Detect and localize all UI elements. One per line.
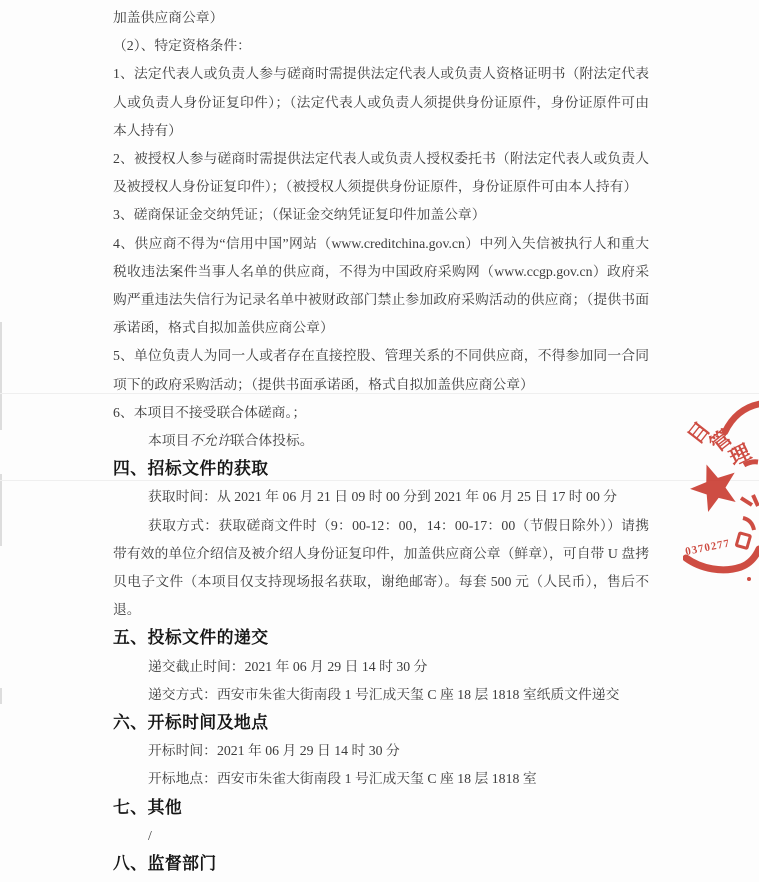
para-item-3-deposit-receipt: 3、磋商保证金交纳凭证；（保证金交纳凭证复印件加盖公章） — [113, 201, 649, 229]
para-seal-note-continuation: 加盖供应商公章） — [113, 4, 649, 32]
section-heading-4-document-acquisition: 四、招标文件的获取 — [113, 455, 649, 483]
section-heading-5-bid-submission: 五、投标文件的递交 — [113, 624, 649, 652]
joint-note-prefix: 本项目 — [148, 433, 189, 448]
para-item-2-authorized-person: 2、被授权人参与磋商时需提供法定代表人或负责人授权委托书（附法定代表人或负责人及… — [113, 145, 649, 201]
scan-edge-artifact — [0, 322, 2, 430]
scan-edge-artifact — [0, 688, 2, 704]
company-seal-stamp: 目 管 理 0370277 — [683, 400, 759, 585]
para-acquisition-method: 获取方式：获取磋商文件时（9：00-12：00，14：00-17：00（节假日除… — [113, 512, 649, 625]
para-item-6-no-consortium: 6、本项目不接受联合体磋商。； — [113, 399, 649, 427]
para-item-5-same-responsible-person: 5、单位负责人为同一人或者存在直接控股、管理关系的不同供应商，不得参加同一合同项… — [113, 342, 649, 398]
seal-partial-glyph — [744, 462, 758, 465]
seal-partial-glyph — [736, 533, 750, 549]
section-heading-6-bid-opening: 六、开标时间及地点 — [113, 709, 649, 737]
para-opening-time: 开标时间：2021 年 06 月 29 日 14 时 30 分 — [113, 737, 649, 765]
para-acquisition-time: 获取时间：从 2021 年 06 月 21 日 09 时 00 分到 2021 … — [113, 483, 649, 511]
joint-note-suffix: 联合体投标。 — [231, 433, 314, 448]
para-submission-deadline: 递交截止时间：2021 年 06 月 29 日 14 时 30 分 — [113, 653, 649, 681]
section-heading-7-other: 七、其他 — [113, 794, 649, 822]
para-item-1-legal-representative: 1、法定代表人或负责人参与磋商时需提供法定代表人或负责人资格证明书（附法定代表人… — [113, 60, 649, 145]
para-other-content: / — [113, 822, 649, 850]
scan-edge-artifact — [0, 474, 2, 546]
seal-ink-dot — [747, 577, 751, 581]
para-item-4-credit-china: 4、供应商不得为“信用中国”网站（www.creditchina.gov.cn）… — [113, 230, 649, 343]
seal-partial-glyph — [741, 495, 758, 506]
seal-partial-glyph — [743, 518, 754, 530]
seal-group: 目 管 理 0370277 — [683, 404, 759, 581]
document-body-text: 加盖供应商公章） （2）、特定资格条件： 1、法定代表人或负责人参与磋商时需提供… — [113, 4, 649, 878]
section-heading-8-supervision-department: 八、监督部门 — [113, 850, 649, 878]
para-specific-qualification-label: （2）、特定资格条件： — [113, 32, 649, 60]
joint-note-italic: 不允许 — [189, 433, 230, 448]
seal-ring-top-arc — [725, 404, 759, 432]
para-joint-bidding-note: 本项目不允许联合体投标。 — [113, 427, 649, 455]
seal-star-icon — [690, 465, 736, 513]
seal-serial-number: 0370277 — [684, 537, 731, 557]
para-submission-method: 递交方式：西安市朱雀大街南段 1 号汇成天玺 C 座 18 层 1818 室纸质… — [113, 681, 649, 709]
document-page: 加盖供应商公章） （2）、特定资格条件： 1、法定代表人或负责人参与磋商时需提供… — [0, 0, 759, 882]
para-opening-place: 开标地点：西安市朱雀大街南段 1 号汇成天玺 C 座 18 层 1818 室 — [113, 765, 649, 793]
